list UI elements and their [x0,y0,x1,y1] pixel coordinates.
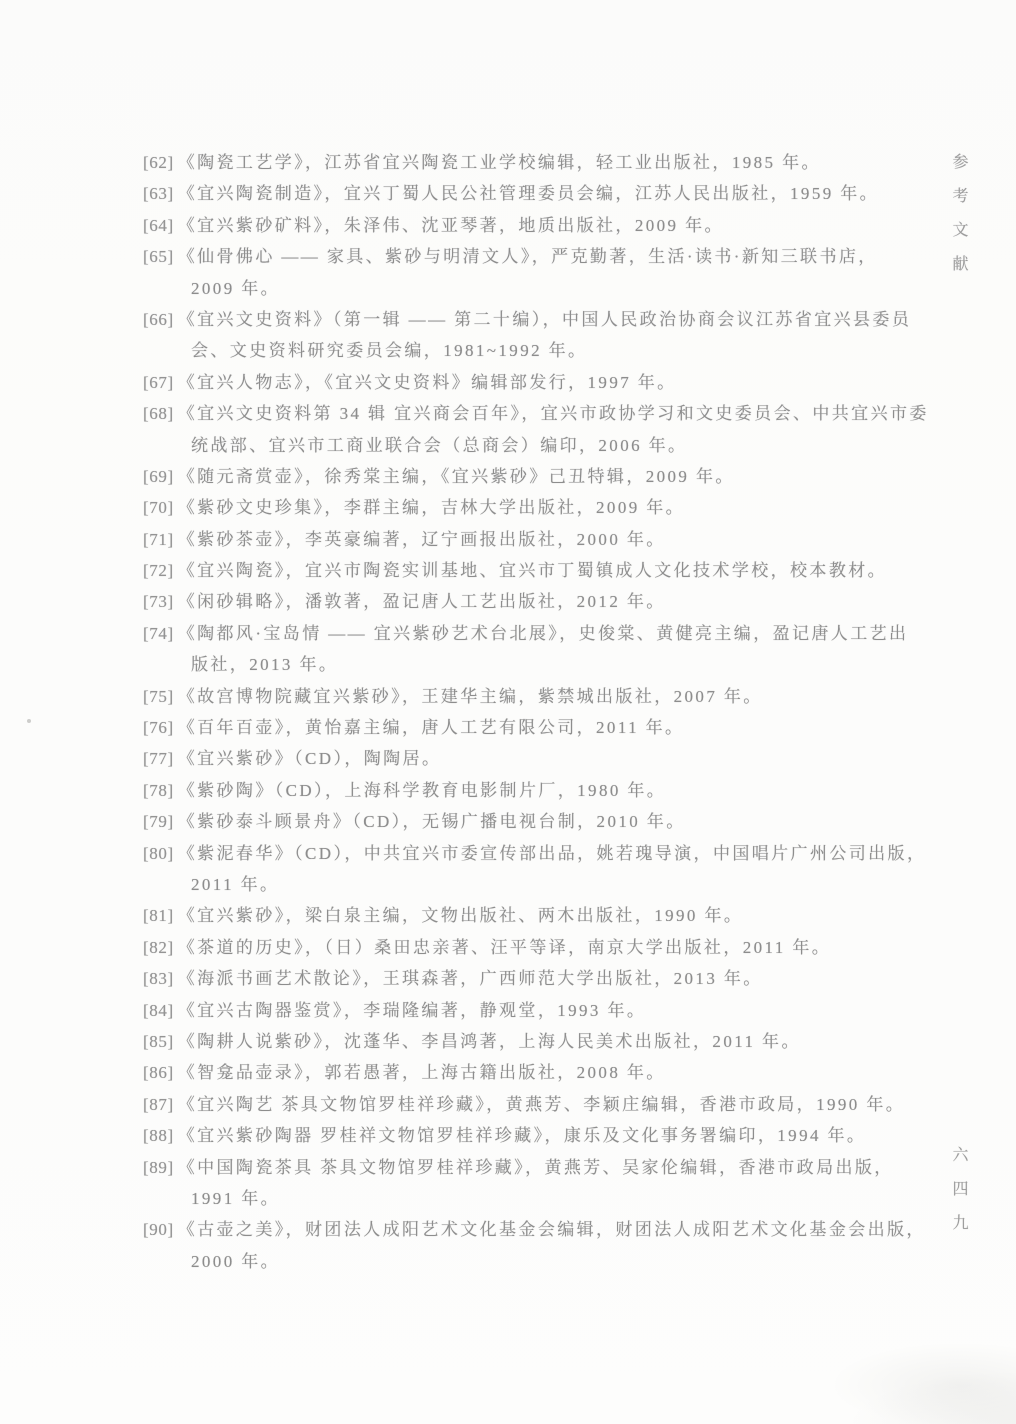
scan-smudge [756,1284,1016,1424]
reference-text: 统战部、宜兴市工商业联合会（总商会）编印，2006 年。 [191,436,687,455]
reference-entry: [74]《陶都风·宝岛情 —— 宜兴紫砂艺术台北展》，史俊棠、黄健亮主编，盈记唐… [143,618,903,649]
reference-number: [85] [143,1032,174,1051]
reference-entry: [90]《古壶之美》，财团法人成阳艺术文化基金会编辑，财团法人成阳艺术文化基金会… [143,1214,903,1245]
reference-entry: [70]《紫砂文史珍集》，李群主编，吉林大学出版社，2009 年。 [143,492,903,523]
reference-entry: [79]《紫砂泰斗顾景舟》（CD），无锡广播电视台制，2010 年。 [143,806,903,837]
reference-number: [75] [143,687,174,706]
page-number-vertical: 六四九 [947,1146,970,1248]
reference-text: 《茶道的历史》，（日）桑田忠亲著、汪平等译，南京大学出版社，2011 年。 [178,938,831,957]
reference-entry: [88]《宜兴紫砂陶器 罗桂祥文物馆罗桂祥珍藏》，康乐及文化事务署编印，1994… [143,1120,903,1151]
reference-continuation-line: 统战部、宜兴市工商业联合会（总商会）编印，2006 年。 [143,430,903,461]
reference-entry: [72]《宜兴陶瓷》，宜兴市陶瓷实训基地、宜兴市丁蜀镇成人文化技术学校，校本教材… [143,555,903,586]
reference-entry: [67]《宜兴人物志》，《宜兴文史资料》编辑部发行，1997 年。 [143,367,903,398]
reference-number: [64] [143,216,174,235]
reference-number: [68] [143,404,174,423]
references-list: [62]《陶瓷工艺学》，江苏省宜兴陶瓷工业学校编辑，轻工业出版社，1985 年。… [143,147,903,1277]
reference-entry: [87]《宜兴陶艺 茶具文物馆罗桂祥珍藏》，黄燕芳、李颖庄编辑，香港市政局，19… [143,1089,903,1120]
reference-number: [90] [143,1220,174,1239]
reference-text: 《宜兴紫砂陶器 罗桂祥文物馆罗桂祥珍藏》，康乐及文化事务署编印，1994 年。 [178,1126,867,1145]
reference-number: [69] [143,467,174,486]
reference-text: 《宜兴陶艺 茶具文物馆罗桂祥珍藏》，黄燕芳、李颖庄编辑，香港市政局，1990 年… [178,1095,905,1114]
reference-number: [89] [143,1158,174,1177]
reference-text: 《宜兴紫砂矿料》，朱泽伟、沈亚琴著，地质出版社，2009 年。 [178,216,724,235]
reference-text: 2011 年。 [191,875,279,894]
reference-number: [62] [143,153,174,172]
reference-number: [83] [143,969,174,988]
scan-speck [27,719,31,723]
reference-entry: [89]《中国陶瓷茶具 茶具文物馆罗桂祥珍藏》，黄燕芳、吴家伦编辑，香港市政局出… [143,1152,903,1183]
reference-text: 《闲砂辑略》，潘敦著，盈记唐人工艺出版社，2012 年。 [178,592,666,611]
reference-continuation-line: 2009 年。 [143,273,903,304]
reference-text: 《百年百壶》，黄怡嘉主编，唐人工艺有限公司，2011 年。 [178,718,685,737]
reference-number: [76] [143,718,174,737]
reference-entry: [75]《故宫博物院藏宜兴紫砂》，王建华主编，紫禁城出版社，2007 年。 [143,681,903,712]
reference-text: 《紫砂陶》（CD），上海科学教育电影制片厂，1980 年。 [178,781,666,800]
reference-entry: [77]《宜兴紫砂》（CD），陶陶居。 [143,743,903,774]
reference-entry: [64]《宜兴紫砂矿料》，朱泽伟、沈亚琴著，地质出版社，2009 年。 [143,210,903,241]
reference-entry: [86]《智龛品壶录》，郭若愚著，上海古籍出版社，2008 年。 [143,1057,903,1088]
reference-entry: [71]《紫砂茶壶》，李英豪编著，辽宁画报出版社，2000 年。 [143,524,903,555]
reference-text: 《中国陶瓷茶具 茶具文物馆罗桂祥珍藏》，黄燕芳、吴家伦编辑，香港市政局出版， [178,1158,894,1177]
reference-text: 会、文史资料研究委员会编，1981~1992 年。 [191,341,587,360]
reference-entry: [82]《茶道的历史》，（日）桑田忠亲著、汪平等译，南京大学出版社，2011 年… [143,932,903,963]
reference-continuation-line: 2000 年。 [143,1246,903,1277]
reference-text: 《宜兴陶瓷》，宜兴市陶瓷实训基地、宜兴市丁蜀镇成人文化技术学校，校本教材。 [178,561,887,580]
reference-text: 《陶都风·宝岛情 —— 宜兴紫砂艺术台北展》，史俊棠、黄健亮主编，盈记唐人工艺出 [178,624,909,643]
reference-number: [84] [143,1001,174,1020]
reference-entry: [69]《随元斋赏壶》，徐秀棠主编，《宜兴紫砂》己丑特辑，2009 年。 [143,461,903,492]
reference-entry: [73]《闲砂辑略》，潘敦著，盈记唐人工艺出版社，2012 年。 [143,586,903,617]
reference-number: [66] [143,310,174,329]
reference-text: 《宜兴人物志》，《宜兴文史资料》编辑部发行，1997 年。 [178,373,677,392]
reference-text: 《陶耕人说紫砂》，沈蓬华、李昌鸿著，上海人民美术出版社，2011 年。 [178,1032,801,1051]
reference-number: [81] [143,906,174,925]
reference-entry: [62]《陶瓷工艺学》，江苏省宜兴陶瓷工业学校编辑，轻工业出版社，1985 年。 [143,147,903,178]
reference-continuation-line: 版社，2013 年。 [143,649,903,680]
reference-number: [86] [143,1063,174,1082]
reference-entry: [85]《陶耕人说紫砂》，沈蓬华、李昌鸿著，上海人民美术出版社，2011 年。 [143,1026,903,1057]
reference-number: [80] [143,844,174,863]
reference-entry: [66]《宜兴文史资料》（第一辑 —— 第二十编），中国人民政治协商会议江苏省宜… [143,304,903,335]
reference-text: 《故宫博物院藏宜兴紫砂》，王建华主编，紫禁城出版社，2007 年。 [178,687,763,706]
reference-number: [78] [143,781,174,800]
reference-text: 《陶瓷工艺学》，江苏省宜兴陶瓷工业学校编辑，轻工业出版社，1985 年。 [178,153,821,172]
reference-number: [87] [143,1095,174,1114]
reference-text: 《宜兴紫砂》，梁白泉主编，文物出版社、两木出版社，1990 年。 [178,906,744,925]
reference-number: [71] [143,530,174,549]
reference-entry: [68]《宜兴文史资料第 34 辑 宜兴商会百年》，宜兴市政协学习和文史委员会、… [143,398,903,429]
reference-number: [82] [143,938,174,957]
reference-number: [74] [143,624,174,643]
reference-text: 《古壶之美》，财团法人成阳艺术文化基金会编辑，财团法人成阳艺术文化基金会出版， [178,1220,926,1239]
reference-number: [79] [143,812,174,831]
reference-number: [88] [143,1126,174,1145]
reference-entry: [76]《百年百壶》，黄怡嘉主编，唐人工艺有限公司，2011 年。 [143,712,903,743]
reference-number: [63] [143,184,174,203]
reference-text: 《宜兴文史资料第 34 辑 宜兴商会百年》，宜兴市政协学习和文史委员会、中共宜兴… [178,404,929,423]
reference-text: 《宜兴古陶器鉴赏》，李瑞隆编著，静观堂，1993 年。 [178,1001,647,1020]
reference-text: 《海派书画艺术散论》，王琪森著，广西师范大学出版社，2013 年。 [178,969,763,988]
reference-text: 1991 年。 [191,1189,280,1208]
reference-entry: [81]《宜兴紫砂》，梁白泉主编，文物出版社、两木出版社，1990 年。 [143,900,903,931]
reference-text: 《智龛品壶录》，郭若愚著，上海古籍出版社，2008 年。 [178,1063,666,1082]
reference-entry: [84]《宜兴古陶器鉴赏》，李瑞隆编著，静观堂，1993 年。 [143,995,903,1026]
reference-entry: [65]《仙骨佛心 —— 家具、紫砂与明清文人》，严克勤著，生活·读书·新知三联… [143,241,903,272]
reference-text: 版社，2013 年。 [191,655,338,674]
reference-text: 2000 年。 [191,1252,280,1271]
page: 参考文献 [62]《陶瓷工艺学》，江苏省宜兴陶瓷工业学校编辑，轻工业出版社，19… [0,0,1016,1424]
reference-text: 《宜兴紫砂》（CD），陶陶居。 [178,749,442,768]
reference-number: [70] [143,498,174,517]
reference-number: [77] [143,749,174,768]
reference-text: 《紫泥春华》（CD），中共宜兴市委宣传部出品，姚若瑰导演，中国唱片广州公司出版， [178,844,927,863]
reference-text: 《紫砂茶壶》，李英豪编著，辽宁画报出版社，2000 年。 [178,530,666,549]
reference-text: 《宜兴文史资料》（第一辑 —— 第二十编），中国人民政治协商会议江苏省宜兴县委员 [178,310,912,329]
reference-text: 《紫砂泰斗顾景舟》（CD），无锡广播电视台制，2010 年。 [178,812,686,831]
chapter-header-vertical: 参考文献 [947,153,970,289]
reference-continuation-line: 1991 年。 [143,1183,903,1214]
reference-entry: [78]《紫砂陶》（CD），上海科学教育电影制片厂，1980 年。 [143,775,903,806]
reference-text: 《宜兴陶瓷制造》，宜兴丁蜀人民公社管理委员会编，江苏人民出版社，1959 年。 [178,184,879,203]
reference-text: 《仙骨佛心 —— 家具、紫砂与明清文人》，严克勤著，生活·读书·新知三联书店， [178,247,878,266]
reference-entry: [63]《宜兴陶瓷制造》，宜兴丁蜀人民公社管理委员会编，江苏人民出版社，1959… [143,178,903,209]
reference-number: [73] [143,592,174,611]
reference-number: [72] [143,561,174,580]
reference-text: 2009 年。 [191,279,280,298]
reference-number: [65] [143,247,174,266]
reference-text: 《紫砂文史珍集》，李群主编，吉林大学出版社，2009 年。 [178,498,685,517]
reference-number: [67] [143,373,174,392]
reference-continuation-line: 2011 年。 [143,869,903,900]
reference-entry: [83]《海派书画艺术散论》，王琪森著，广西师范大学出版社，2013 年。 [143,963,903,994]
reference-entry: [80]《紫泥春华》（CD），中共宜兴市委宣传部出品，姚若瑰导演，中国唱片广州公… [143,838,903,869]
reference-text: 《随元斋赏壶》，徐秀棠主编，《宜兴紫砂》己丑特辑，2009 年。 [178,467,735,486]
reference-continuation-line: 会、文史资料研究委员会编，1981~1992 年。 [143,335,903,366]
